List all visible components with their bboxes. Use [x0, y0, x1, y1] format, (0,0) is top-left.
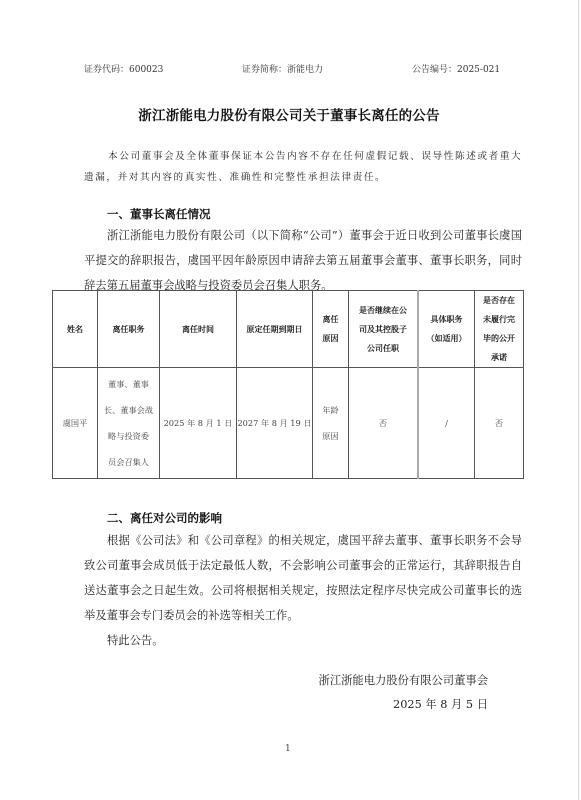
section-heading-2: 二、离任对公司的影响 — [107, 510, 222, 526]
section-heading-1: 一、董事长离任情况 — [107, 206, 211, 222]
cell-commitments: 否 — [475, 368, 524, 479]
signature-date: 2025 年 8 月 5 日 — [393, 696, 488, 712]
cell-term-end: 2027 年 8 月 19 日 — [237, 368, 313, 479]
section-1-body: 浙江浙能电力股份有限公司（以下简称“公司”）董事会于近日收到公司董事长虞国平提交… — [84, 223, 522, 298]
stock-name: 证券简称：浙能电力 — [242, 62, 323, 75]
cell-name: 虞国平 — [53, 368, 98, 479]
document-title: 浙江浙能电力股份有限公司关于董事长离任的公告 — [0, 104, 578, 124]
cell-departure-date: 2025 年 8 月 1 日 — [160, 368, 237, 479]
cell-continue: 否 — [349, 368, 419, 479]
cell-position: 董事、董事 长、董事会战 略与投资委 员会召集人 — [98, 368, 160, 479]
col-header-term-end: 原定任期到期日 — [237, 291, 313, 368]
section-2-paragraph: 根据《公司法》和《公司章程》的相关规定，虞国平辞去董事、董事长职务不会导致公司董… — [84, 528, 522, 628]
closing-text: 特此公告。 — [84, 628, 522, 653]
disclaimer: 本公司董事会及全体董事保证本公告内容不存在任何虚假记载、误导性陈述或者重大遗漏，… — [84, 146, 524, 188]
section-2-body: 根据《公司法》和《公司章程》的相关规定，虞国平辞去董事、董事长职务不会导致公司董… — [84, 528, 522, 653]
cell-specific-position: / — [418, 368, 475, 479]
stock-code: 证券代码：600023 — [84, 62, 163, 75]
departure-table: 姓名 离任职务 离任时间 原定任期到期日 离任 原因 是否继续在公 司及其控股子 — [52, 290, 524, 479]
announcement-number: 公告编号：2025-021 — [412, 62, 500, 75]
cell-reason: 年龄 原因 — [313, 368, 349, 479]
document-page: 证券代码：600023 证券简称：浙能电力 公告编号：2025-021 浙江浙能… — [0, 0, 579, 800]
col-header-continue: 是否继续在公 司及其控股子 公司任职 — [349, 291, 419, 368]
section-1-paragraph: 浙江浙能电力股份有限公司（以下简称“公司”）董事会于近日收到公司董事长虞国平提交… — [84, 223, 522, 298]
signature-company: 浙江浙能电力股份有限公司董事会 — [319, 672, 488, 688]
col-header-reason: 离任 原因 — [313, 291, 349, 368]
col-header-position: 离任职务 — [98, 291, 160, 368]
page-number: 1 — [285, 744, 291, 754]
col-header-name: 姓名 — [53, 291, 98, 368]
col-header-commitments: 是否存在 未履行完 毕的公开 承诺 — [475, 291, 524, 368]
col-header-departure-date: 离任时间 — [160, 291, 237, 368]
disclaimer-text: 本公司董事会及全体董事保证本公告内容不存在任何虚假记载、误导性陈述或者重大遗漏，… — [84, 146, 524, 188]
table-row: 虞国平 董事、董事 长、董事会战 略与投资委 员会召集人 2025 年 8 月 … — [53, 368, 524, 479]
table-header-row: 姓名 离任职务 离任时间 原定任期到期日 离任 原因 是否继续在公 司及其控股子 — [53, 291, 524, 368]
col-header-specific-position: 具体职务 （如适用） — [418, 291, 475, 368]
